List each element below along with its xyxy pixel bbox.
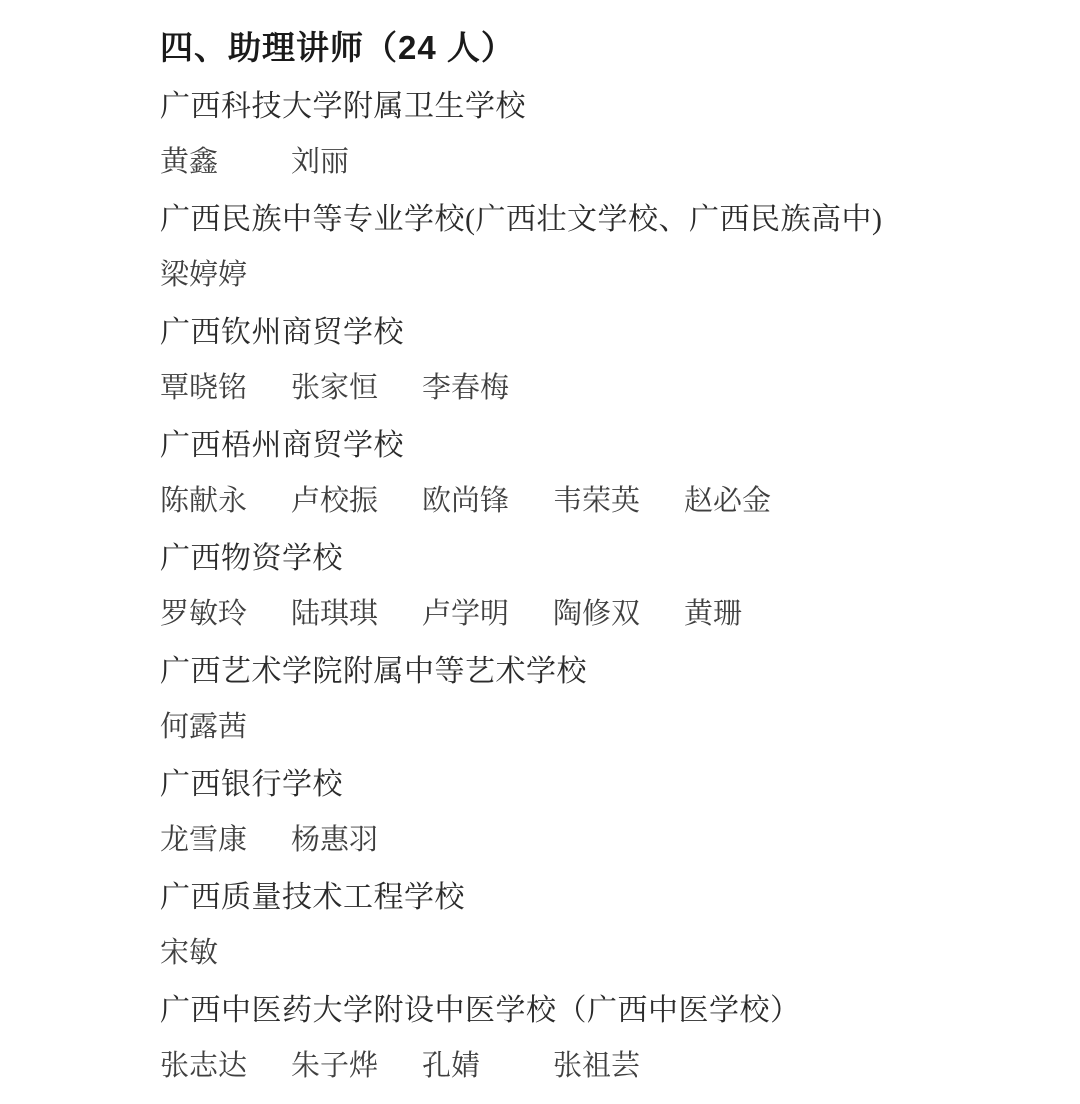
person-name: 陆琪琪 — [291, 591, 422, 632]
person-name: 张家恒 — [291, 365, 422, 406]
person-name: 黄珊 — [684, 591, 815, 632]
school-name: 广西物资学校 — [160, 526, 1050, 583]
school-name: 广西银行学校 — [160, 752, 1050, 809]
names-row: 陈献永卢校振欧尚锋韦荣英赵必金 — [160, 470, 1050, 526]
person-name: 李春梅 — [422, 365, 553, 406]
person-name: 宋敏 — [160, 930, 291, 971]
person-name: 覃晓铭 — [160, 365, 291, 406]
names-row: 黄鑫刘丽 — [160, 131, 1050, 187]
names-row: 覃晓铭张家恒李春梅 — [160, 357, 1050, 413]
school-section: 广西钦州商贸学校覃晓铭张家恒李春梅 — [160, 300, 1050, 413]
school-section: 广西科技大学附属卫生学校黄鑫刘丽 — [160, 74, 1050, 187]
names-row: 何露茜 — [160, 696, 1050, 752]
person-name: 杨惠羽 — [291, 817, 422, 858]
person-name: 罗敏玲 — [160, 591, 291, 632]
person-name: 梁婷婷 — [160, 252, 291, 293]
school-name: 广西中医药大学附设中医学校（广西中医学校） — [160, 978, 1050, 1035]
page-background: { "document": { "heading": "四、助理讲师（24 人）… — [0, 0, 1080, 1104]
names-row: 宋敏 — [160, 922, 1050, 978]
school-name: 广西科技大学附属卫生学校 — [160, 74, 1050, 131]
school-name: 广西钦州商贸学校 — [160, 300, 1050, 357]
school-section: 广西中医药大学附设中医学校（广西中医学校）张志达朱子烨孔婧张祖芸 — [160, 978, 1050, 1091]
person-name: 朱子烨 — [291, 1043, 422, 1084]
school-section: 广西梧州商贸学校陈献永卢校振欧尚锋韦荣英赵必金 — [160, 413, 1050, 526]
school-name: 广西质量技术工程学校 — [160, 865, 1050, 922]
school-section: 广西质量技术工程学校宋敏 — [160, 865, 1050, 978]
school-sections-list: 广西科技大学附属卫生学校黄鑫刘丽广西民族中等专业学校(广西壮文学校、广西民族高中… — [160, 74, 1050, 1091]
person-name: 刘丽 — [291, 139, 422, 180]
names-row: 罗敏玲陆琪琪卢学明陶修双黄珊 — [160, 583, 1050, 639]
person-name: 孔婧 — [422, 1043, 553, 1084]
school-section: 广西民族中等专业学校(广西壮文学校、广西民族高中)梁婷婷 — [160, 187, 1050, 300]
person-name: 赵必金 — [684, 478, 815, 519]
school-section: 广西物资学校罗敏玲陆琪琪卢学明陶修双黄珊 — [160, 526, 1050, 639]
person-name: 陶修双 — [553, 591, 684, 632]
person-name: 欧尚锋 — [422, 478, 553, 519]
person-name: 黄鑫 — [160, 139, 291, 180]
document-page: 四、助理讲师（24 人） 广西科技大学附属卫生学校黄鑫刘丽广西民族中等专业学校(… — [0, 0, 1080, 1104]
person-name: 韦荣英 — [553, 478, 684, 519]
person-name: 张志达 — [160, 1043, 291, 1084]
names-row: 梁婷婷 — [160, 244, 1050, 300]
school-section: 广西艺术学院附属中等艺术学校何露茜 — [160, 639, 1050, 752]
school-name: 广西民族中等专业学校(广西壮文学校、广西民族高中) — [160, 187, 1050, 244]
names-row: 张志达朱子烨孔婧张祖芸 — [160, 1035, 1050, 1091]
person-name: 何露茜 — [160, 704, 291, 745]
person-name: 龙雪康 — [160, 817, 291, 858]
person-name: 卢校振 — [291, 478, 422, 519]
school-section: 广西银行学校龙雪康杨惠羽 — [160, 752, 1050, 865]
section-heading: 四、助理讲师（24 人） — [160, 17, 1050, 74]
person-name: 张祖芸 — [553, 1043, 684, 1084]
names-row: 龙雪康杨惠羽 — [160, 809, 1050, 865]
person-name: 卢学明 — [422, 591, 553, 632]
person-name: 陈献永 — [160, 478, 291, 519]
school-name: 广西梧州商贸学校 — [160, 413, 1050, 470]
school-name: 广西艺术学院附属中等艺术学校 — [160, 639, 1050, 696]
